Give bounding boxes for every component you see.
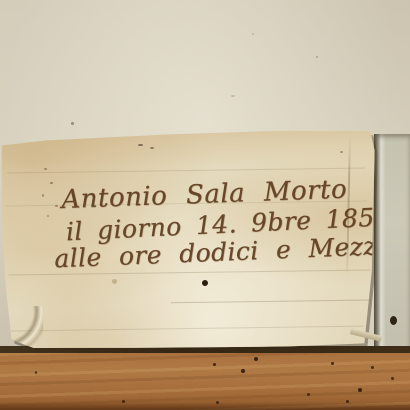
- side-stretcher-strip: [374, 134, 410, 354]
- wood-bottom-edge: [0, 402, 410, 410]
- handwritten-paper-label: Antonio Sala Morto il giorno 14. 9bre 18…: [1, 129, 378, 350]
- ruled-line: [11, 326, 363, 332]
- photo-of-handwritten-label: Antonio Sala Morto il giorno 14. 9bre 18…: [0, 0, 410, 410]
- ruled-line: [171, 299, 371, 303]
- ruled-line: [7, 168, 365, 174]
